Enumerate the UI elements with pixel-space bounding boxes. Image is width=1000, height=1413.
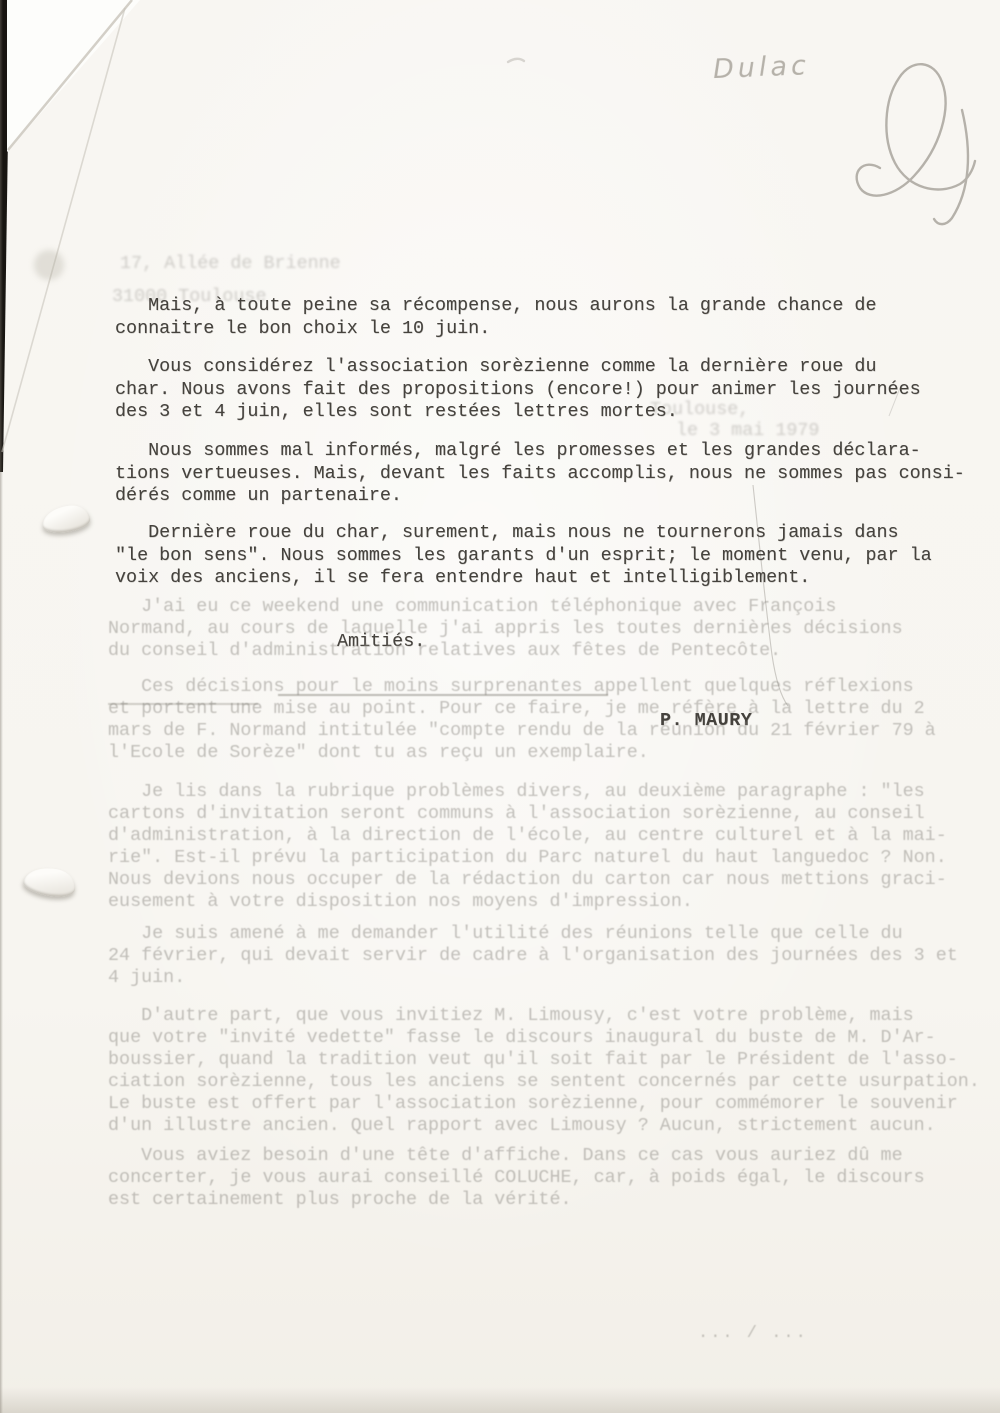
continuation-mark: ... / ...: [698, 1324, 808, 1343]
ghost-underline: [278, 694, 608, 696]
ghost-paragraph: D'autre part, que vous invitiez M. Limou…: [108, 1005, 980, 1137]
ghost-paragraph: Ces décisions pour le moins surprenantes…: [108, 676, 936, 764]
text-line: connaitre le bon choix le 10 juin.: [115, 318, 877, 341]
text-line: 4 juin.: [108, 967, 958, 989]
text-line: concerter, je vous aurai conseillé COLUC…: [108, 1167, 925, 1189]
text-line: Nous devions nous occuper de la rédactio…: [108, 869, 947, 891]
paper-tear-curl: [22, 863, 79, 901]
paragraph: Nous sommes mal informés, malgré les pro…: [115, 440, 965, 508]
paper-tear-curl: [41, 504, 91, 535]
text-line: d'un illustre ancien. Quel rapport avec …: [108, 1115, 980, 1137]
text-line: d'administration, à la direction de l'éc…: [108, 825, 947, 847]
text-line: tions vertueuses. Mais, devant les faits…: [115, 463, 965, 486]
text-line: Vous considérez l'association sorèzienne…: [115, 356, 921, 379]
text-line: voix des anciens, il se fera entendre ha…: [115, 567, 932, 590]
text-line: char. Nous avons fait des propositions (…: [115, 379, 921, 402]
text-line: D'autre part, que vous invitiez M. Limou…: [108, 1005, 980, 1027]
pencil-smudge: [34, 250, 64, 280]
paragraph: Dernière roue du char, surement, mais no…: [115, 522, 932, 590]
text-line: mars de F. Normand intitulée "compte ren…: [108, 720, 936, 742]
text-line: "le bon sens". Nous sommes les garants d…: [115, 545, 932, 568]
ghost-paragraph: Je lis dans la rubrique problèmes divers…: [108, 781, 947, 913]
text-line: ciation sorèzienne, tous les anciens se …: [108, 1071, 980, 1093]
text-line: Je lis dans la rubrique problèmes divers…: [108, 781, 947, 803]
text-line: boussier, quand la tradition veut qu'il …: [108, 1049, 980, 1071]
text-line: dérés comme un partenaire.: [115, 485, 965, 508]
text-line: Dernière roue du char, surement, mais no…: [115, 522, 932, 545]
text-line: cartons d'invitation seront communs à l'…: [108, 803, 947, 825]
text-line: Nous sommes mal informés, malgré les pro…: [115, 440, 965, 463]
text-line: du conseil d'administration relatives au…: [108, 640, 903, 662]
folded-corner: [0, 0, 140, 160]
text-line: et portent une mise au point. Pour ce fa…: [108, 698, 936, 720]
text-line: Normand, au cours de laquelle j'ai appri…: [108, 618, 903, 640]
text-line: est certainement plus proche de la vérit…: [108, 1189, 925, 1211]
text-line: l'Ecole de Sorèze" dont tu as reçu un ex…: [108, 742, 936, 764]
text-line: des 3 et 4 juin, elles sont restées lett…: [115, 401, 921, 424]
text-line: Mais, à toute peine sa récompense, nous …: [115, 295, 877, 318]
scanned-letter-page: Dulac 17, Allée de Brienne 31000 Toulous…: [0, 0, 1000, 1413]
scan-edge-shadow: [0, 0, 3, 1413]
handwritten-name: Dulac: [712, 50, 810, 85]
text-line: Je suis amené à me demander l'utilité de…: [108, 923, 958, 945]
ghost-strike: [108, 703, 258, 705]
text-line: eusement à votre disposition nos moyens …: [108, 891, 947, 913]
text-line: que votre "invité vedette" fasse le disc…: [108, 1027, 980, 1049]
ghost-paragraph: Je suis amené à me demander l'utilité de…: [108, 923, 958, 989]
text-line: Le buste est offert par l'association so…: [108, 1093, 980, 1115]
text-line: rie". Est-il prévu la participation du P…: [108, 847, 947, 869]
text-line: 24 février, qui devait servir de cadre à…: [108, 945, 958, 967]
paragraph: Mais, à toute peine sa récompense, nous …: [115, 295, 877, 340]
scan-bottom-shadow: [0, 1387, 1000, 1413]
text-line: Vous aviez besoin d'une tête d'affiche. …: [108, 1145, 925, 1167]
ghost-address-line: 17, Allée de Brienne: [120, 253, 341, 275]
paragraph: Vous considérez l'association sorèzienne…: [115, 356, 921, 424]
ghost-paragraph: Vous aviez besoin d'une tête d'affiche. …: [108, 1145, 925, 1211]
text-line: J'ai eu ce weekend une communication tél…: [108, 596, 903, 618]
ghost-paragraph: J'ai eu ce weekend une communication tél…: [108, 596, 903, 662]
